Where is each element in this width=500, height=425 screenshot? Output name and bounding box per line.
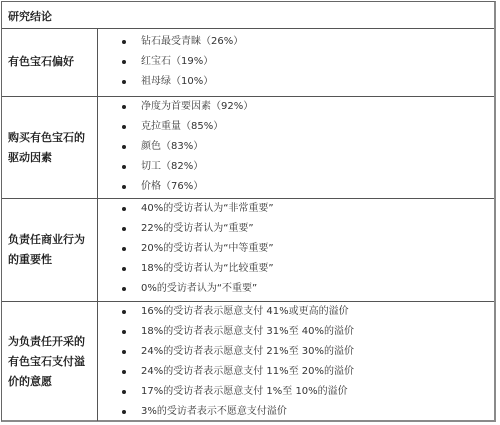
table-row-purchase-drivers: 购买有色宝石的驱动因素 净度为首要因素（92%） 克拉重量（85%） 颜色（83… xyxy=(2,97,494,199)
bullet-icon xyxy=(122,227,126,231)
table-row-premium-willingness: 为负责任开采的有色宝石支付溢价的意愿 16%的受访者表示愿意支付 41%或更高的… xyxy=(2,302,494,421)
list-item: 24%的受访者表示愿意支付 21%至 30%的溢价 xyxy=(98,342,494,362)
bullet-icon xyxy=(122,60,126,64)
bullet-icon xyxy=(122,125,126,129)
list-item: 20%的受访者认为“中等重要” xyxy=(98,239,494,259)
bullet-icon xyxy=(122,267,126,271)
row-label: 负责任商业行为的重要性 xyxy=(2,230,97,270)
row-label: 有色宝石偏好 xyxy=(2,52,78,72)
row-label: 为负责任开采的有色宝石支付溢价的意愿 xyxy=(2,332,97,392)
bullet-icon xyxy=(122,350,126,354)
table-header-title: 研究结论 xyxy=(8,8,52,24)
bullet-icon xyxy=(122,247,126,251)
row-label-cell: 购买有色宝石的驱动因素 xyxy=(2,97,98,198)
bullet-list: 40%的受访者认为“非常重要” 22%的受访者认为“重要” 20%的受访者认为“… xyxy=(98,199,494,299)
list-item: 40%的受访者认为“非常重要” xyxy=(98,199,494,219)
list-item: 17%的受访者表示愿意支付 1%至 10%的溢价 xyxy=(98,382,494,402)
bullet-icon xyxy=(122,80,126,84)
list-item: 祖母绿（10%） xyxy=(98,72,494,92)
row-label-cell: 有色宝石偏好 xyxy=(2,28,98,96)
bullet-icon xyxy=(122,310,126,314)
list-item: 钻石最受青睐（26%） xyxy=(98,32,494,52)
table-header-row: 研究结论 xyxy=(2,2,494,29)
table-row-responsible-business: 负责任商业行为的重要性 40%的受访者认为“非常重要” 22%的受访者认为“重要… xyxy=(2,199,494,302)
row-label: 购买有色宝石的驱动因素 xyxy=(2,128,97,168)
bullet-list: 净度为首要因素（92%） 克拉重量（85%） 颜色（83%） 切工（82%） 价… xyxy=(98,97,494,197)
list-item: 18%的受访者表示愿意支付 31%至 40%的溢价 xyxy=(98,322,494,342)
list-item: 16%的受访者表示愿意支付 41%或更高的溢价 xyxy=(98,302,494,322)
bullet-icon xyxy=(122,330,126,334)
table-row-gemstone-preference: 有色宝石偏好 钻石最受青睐（26%） 红宝石（19%） 祖母绿（10%） xyxy=(2,28,494,97)
bullet-list: 16%的受访者表示愿意支付 41%或更高的溢价 18%的受访者表示愿意支付 31… xyxy=(98,302,494,422)
list-item: 24%的受访者表示愿意支付 11%至 20%的溢价 xyxy=(98,362,494,382)
list-item: 22%的受访者认为“重要” xyxy=(98,219,494,239)
bullet-icon xyxy=(122,390,126,394)
list-item: 切工（82%） xyxy=(98,157,494,177)
row-label-cell: 为负责任开采的有色宝石支付溢价的意愿 xyxy=(2,302,98,421)
bullet-icon xyxy=(122,145,126,149)
bullet-icon xyxy=(122,40,126,44)
bullet-icon xyxy=(122,287,126,291)
list-item: 价格（76%） xyxy=(98,177,494,197)
bullet-icon xyxy=(122,370,126,374)
bullet-icon xyxy=(122,165,126,169)
list-item: 净度为首要因素（92%） xyxy=(98,97,494,117)
list-item: 3%的受访者表示不愿意支付溢价 xyxy=(98,402,494,422)
findings-table: 研究结论 有色宝石偏好 钻石最受青睐（26%） 红宝石（19%） 祖母绿（10%… xyxy=(1,1,496,422)
list-item: 18%的受访者认为“比较重要” xyxy=(98,259,494,279)
row-label-cell: 负责任商业行为的重要性 xyxy=(2,199,98,301)
list-item: 颜色（83%） xyxy=(98,137,494,157)
bullet-icon xyxy=(122,207,126,211)
bullet-list: 钻石最受青睐（26%） 红宝石（19%） 祖母绿（10%） xyxy=(98,32,494,92)
list-item: 克拉重量（85%） xyxy=(98,117,494,137)
bullet-icon xyxy=(122,410,126,414)
list-item: 红宝石（19%） xyxy=(98,52,494,72)
bullet-icon xyxy=(122,105,126,109)
bullet-icon xyxy=(122,185,126,189)
list-item: 0%的受访者认为“不重要” xyxy=(98,279,494,299)
